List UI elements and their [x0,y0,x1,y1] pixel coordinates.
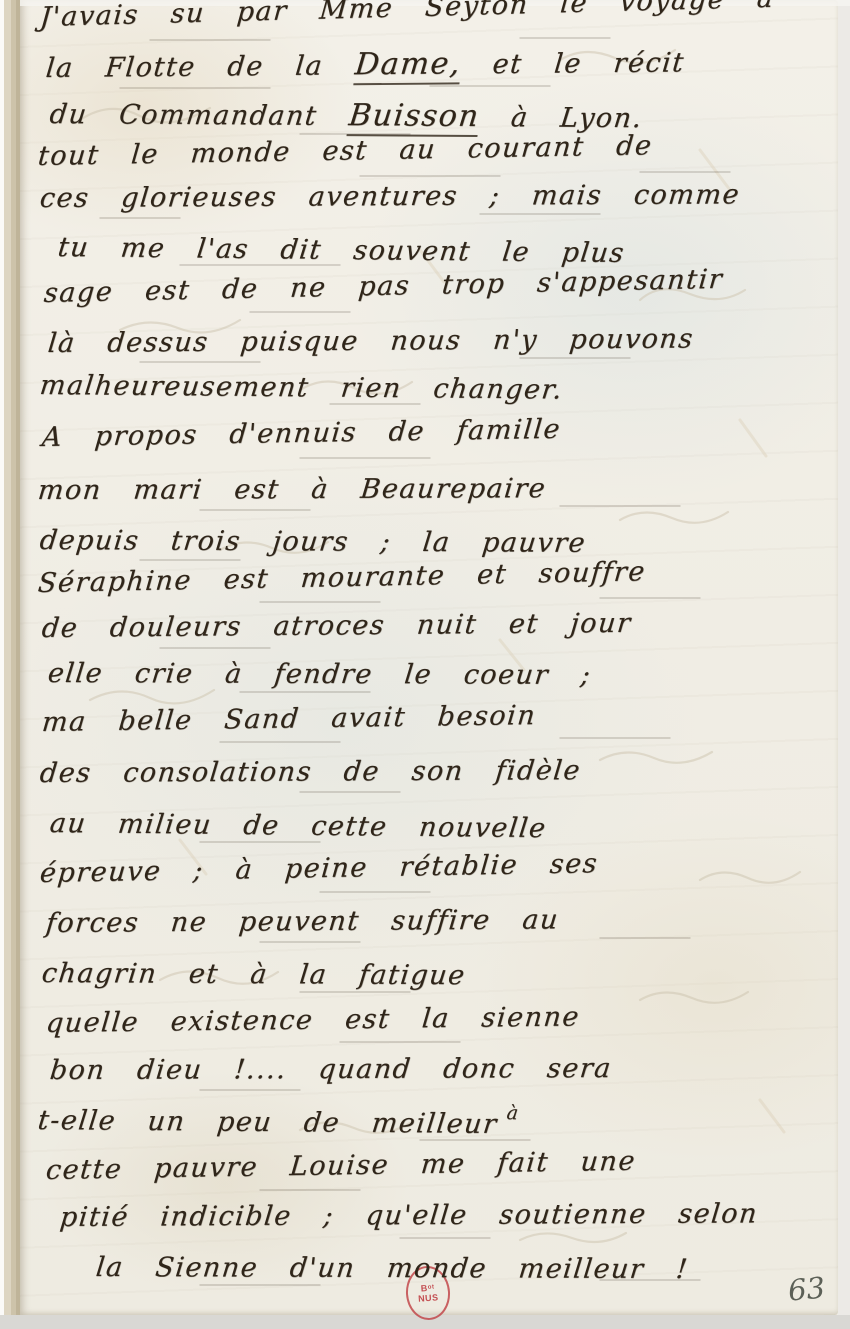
letter-line: malheureusement rien changer. [38,370,565,406]
letter-line: pitié indicible ; qu'elle soutienne selo… [58,1198,759,1233]
letter-line: A propos d'ennuis de famille [41,414,563,453]
letter-line: la Sienne d'un monde meilleur ! [94,1252,690,1285]
letter-line: J'avais su par Mme Seyton le voyage à [39,0,776,33]
letter-line: des consolations de son fidèle [38,755,582,789]
letter-line: là dessus puisque nous n'y pouvons [46,323,695,359]
manuscript-scan: Bᵒᵗ NUS J'avais su par Mme Seyton le voy… [0,0,850,1329]
letter-line: tout le monde est au courant de [37,130,654,172]
letter-line: elle crie à fendre le coeur ; [46,658,593,691]
folio-number: 63 [787,1270,827,1307]
letter-line: cette pauvre Louise me fait une [45,1146,638,1186]
letter-line: la Flotte de la Dame, et le récit [44,44,686,85]
letter-line: forces ne peuvent suffire au [44,904,560,939]
letter-line: sage est de ne pas trop s'appesantir [43,264,725,309]
letter-line: tu me l'as dit souvent le plus [56,232,626,269]
letter-line: quelle existence est la sienne [45,1001,582,1039]
letter-line: de douleurs atroces nuit et jour [41,608,633,644]
letter-line: du Commandant Buisson à Lyon. [48,96,645,135]
letter-body: J'avais su par Mme Seyton le voyage àla … [0,0,850,1329]
letter-line: Séraphine est mourante et souffre [37,556,648,599]
letter-line: depuis trois jours ; la pauvre [38,525,587,559]
letter-line: chagrin et à la fatigue [40,958,467,991]
letter-line: au milieu de cette nouvelle [48,808,548,844]
letter-line: t-elle un peu de meilleurà [36,1105,520,1140]
letter-line: ma belle Sand avait besoin [41,700,538,738]
letter-line: épreuve ; à peine rétablie ses [39,848,600,889]
letter-line: mon mari est à Beaurepaire [36,473,547,506]
letter-line: ces glorieuses aventures ; mais comme [38,179,741,214]
letter-line: bon dieu !.... quand donc sera [48,1053,613,1086]
